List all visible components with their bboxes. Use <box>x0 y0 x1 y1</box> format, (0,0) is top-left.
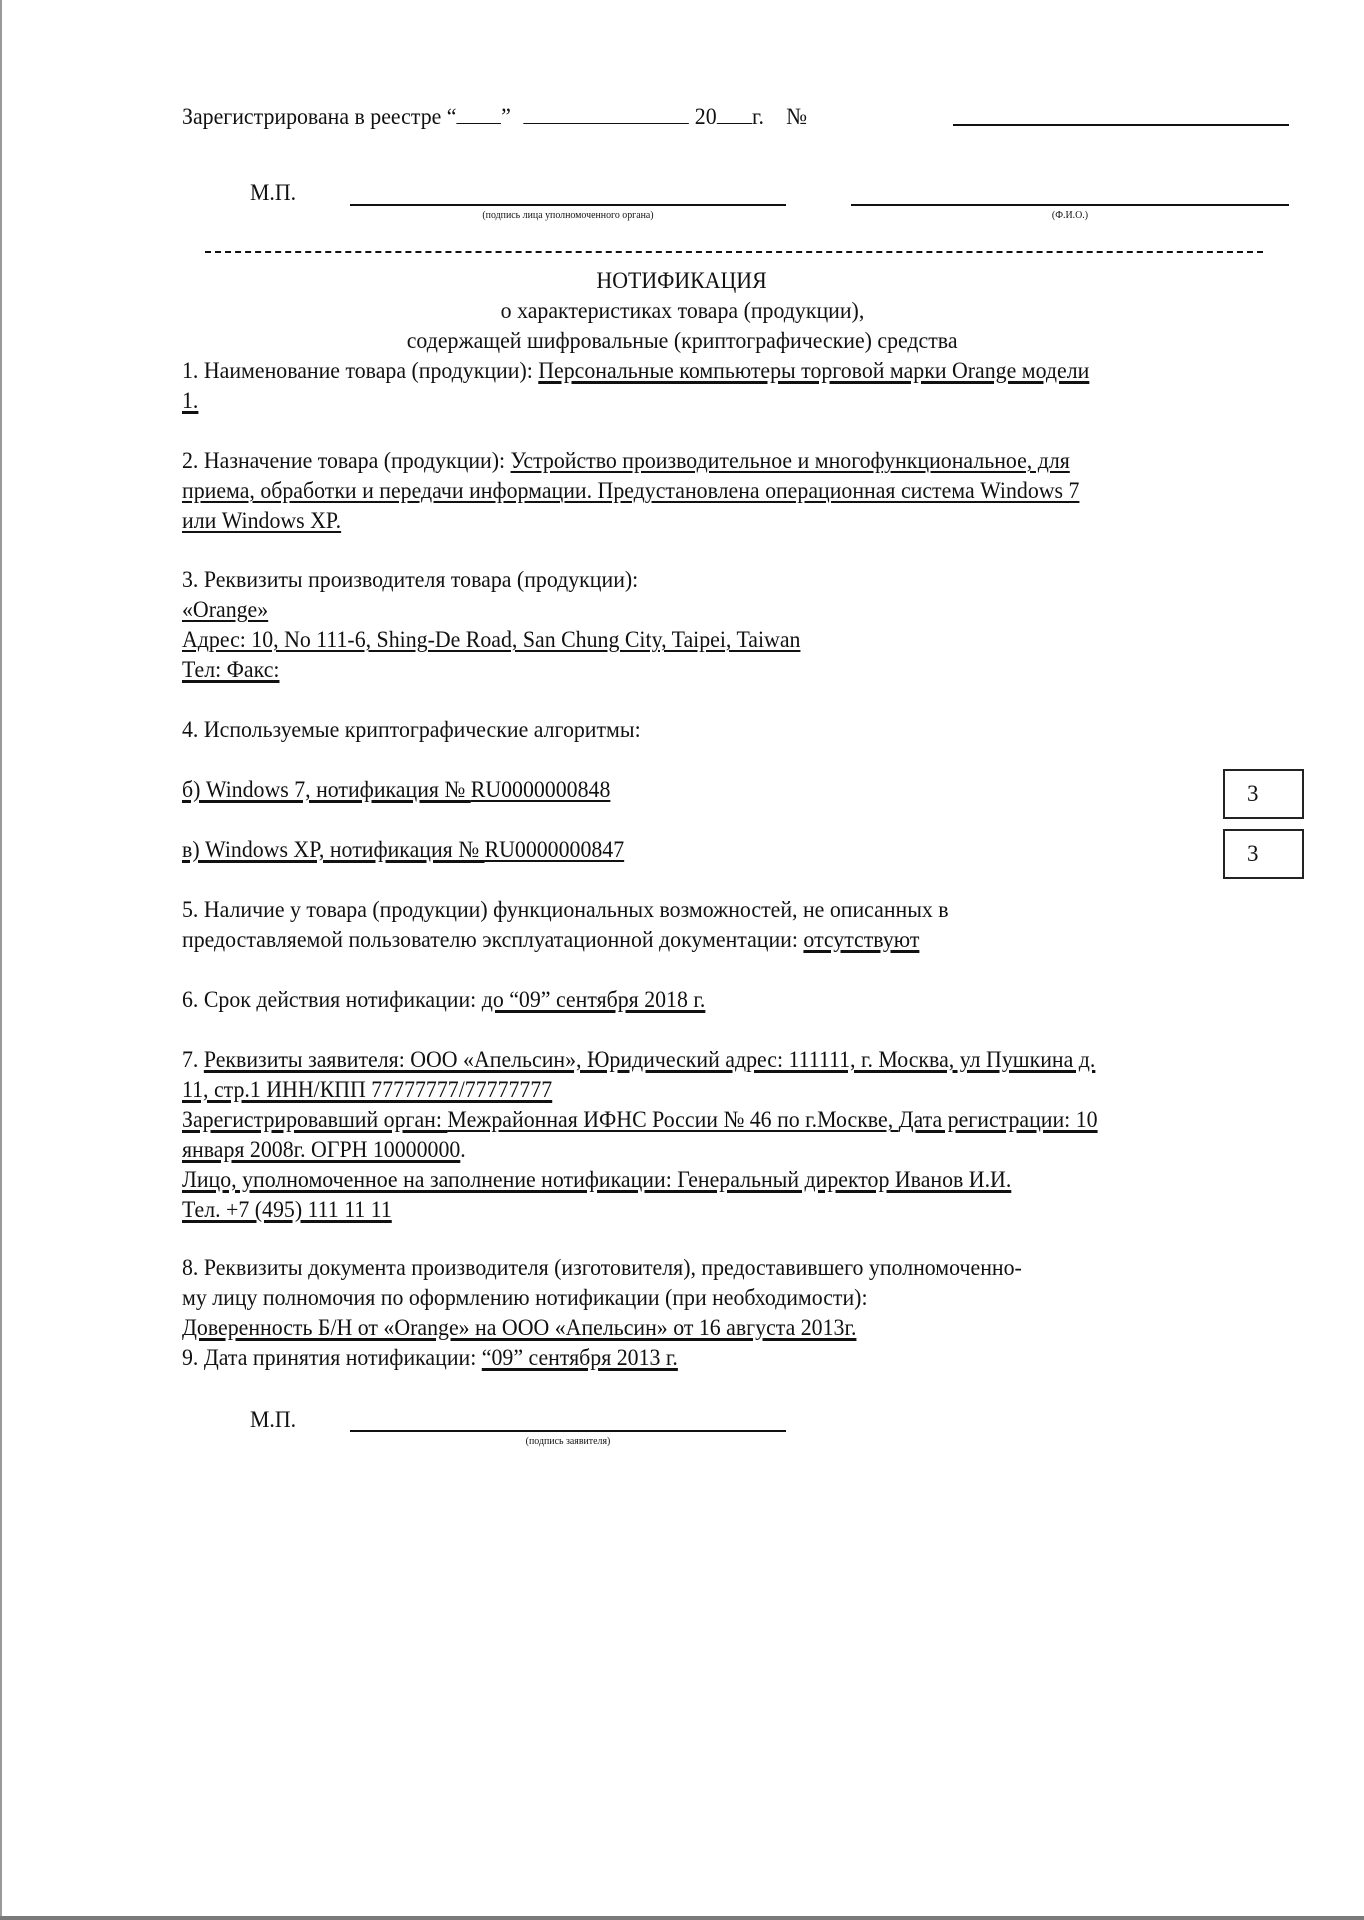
manufacturer-contacts: Тел: Факс: <box>182 655 279 685</box>
item-1-cont: 1. <box>182 386 198 416</box>
page-border-bottom <box>0 1916 1364 1920</box>
item-7-registration: Зарегистрировавший орган: Межрайонная ИФ… <box>182 1105 1098 1135</box>
item-6: 6. Срок действия нотификации: до “09” се… <box>182 985 705 1015</box>
item-2: 2. Назначение товара (продукции): Устрой… <box>182 446 1070 476</box>
item-3: 3. Реквизиты производителя товара (проду… <box>182 565 638 595</box>
year-blank <box>717 103 752 124</box>
authority-signature-caption: (подпись лица уполномоченного органа) <box>372 208 764 222</box>
document-title: НОТИФИКАЦИЯ <box>0 266 1364 296</box>
registration-line: Зарегистрирована в реестре “” 20г. № <box>182 102 807 132</box>
document-subtitle-1: о характеристиках товара (продукции), <box>0 296 1364 326</box>
item-7-cont-1: 11, стр.1 ИНН/КПП 77777777/77777777 <box>182 1075 552 1105</box>
item-2-cont-2: или Windows XP. <box>182 506 341 536</box>
item-7-phone: Тел. +7 (495) 111 11 11 <box>182 1195 392 1225</box>
authority-name-caption: (Ф.И.О.) <box>873 208 1267 222</box>
authority-signature-line <box>350 204 786 206</box>
manufacturer-address: Адрес: 10, No 111-6, Shing-De Road, San … <box>182 625 800 655</box>
item-5-cont: предоставляемой пользователю эксплуатаци… <box>182 925 919 955</box>
algorithm-code-box: 3 <box>1223 829 1304 879</box>
item-9: 9. Дата принятия нотификации: “09” сентя… <box>182 1343 678 1373</box>
item-4: 4. Используемые криптографические алгори… <box>182 715 641 745</box>
item-7-authorized-person: Лицо, уполномоченное на заполнение нотиф… <box>182 1165 1011 1195</box>
item-8-value: Доверенность Б/Н от «Orange» на ООО «Апе… <box>182 1313 856 1343</box>
document-subtitle-2: содержащей шифровальные (криптографическ… <box>0 326 1364 356</box>
algorithm-row: б) Windows 7, нотификация № RU0000000848 <box>182 775 610 805</box>
stamp-label-bottom: М.П. <box>250 1405 296 1435</box>
item-7: 7. Реквизиты заявителя: ООО «Апельсин», … <box>182 1045 1095 1075</box>
authority-name-line <box>851 204 1289 206</box>
registered-label: Зарегистрирована в реестре <box>182 104 441 130</box>
applicant-signature-caption: (подпись заявителя) <box>372 1434 764 1448</box>
number-sign: № <box>786 104 807 130</box>
cut-line <box>205 251 1263 253</box>
item-8: 8. Реквизиты документа производителя (из… <box>182 1253 1022 1283</box>
year-suffix: г. <box>752 104 764 130</box>
item-1: 1. Наименование товара (продукции): Перс… <box>182 356 1089 386</box>
item-7-cont-2: января 2008г. ОГРН 10000000. <box>182 1135 466 1165</box>
day-blank <box>457 103 502 124</box>
year-prefix: 20 <box>695 104 717 130</box>
item-2-cont-1: приема, обработки и передачи информации.… <box>182 476 1079 506</box>
applicant-signature-line <box>350 1430 786 1432</box>
item-5: 5. Наличие у товара (продукции) функцион… <box>182 895 949 925</box>
stamp-label-top: М.П. <box>250 178 296 208</box>
item-8-cont: му лицу полномочия по оформлению нотифик… <box>182 1283 868 1313</box>
product-name-value: Персональные компьютеры торговой марки O… <box>538 358 1089 384</box>
manufacturer-name: «Orange» <box>182 595 268 625</box>
validity-value: до “09” сентября 2018 г. <box>482 987 706 1013</box>
open-quote: “ <box>447 104 457 130</box>
close-quote: ” <box>501 104 511 130</box>
undocumented-features-value: отсутствуют <box>803 927 919 953</box>
purpose-value: Устройство производительное и многофункц… <box>511 448 1070 474</box>
month-blank <box>524 103 690 124</box>
registry-number-line <box>953 124 1289 126</box>
algorithm-code-box: 3 <box>1223 769 1304 819</box>
algorithm-row: в) Windows XP, нотификация № RU000000084… <box>182 835 624 865</box>
acceptance-date-value: “09” сентября 2013 г. <box>482 1345 678 1371</box>
